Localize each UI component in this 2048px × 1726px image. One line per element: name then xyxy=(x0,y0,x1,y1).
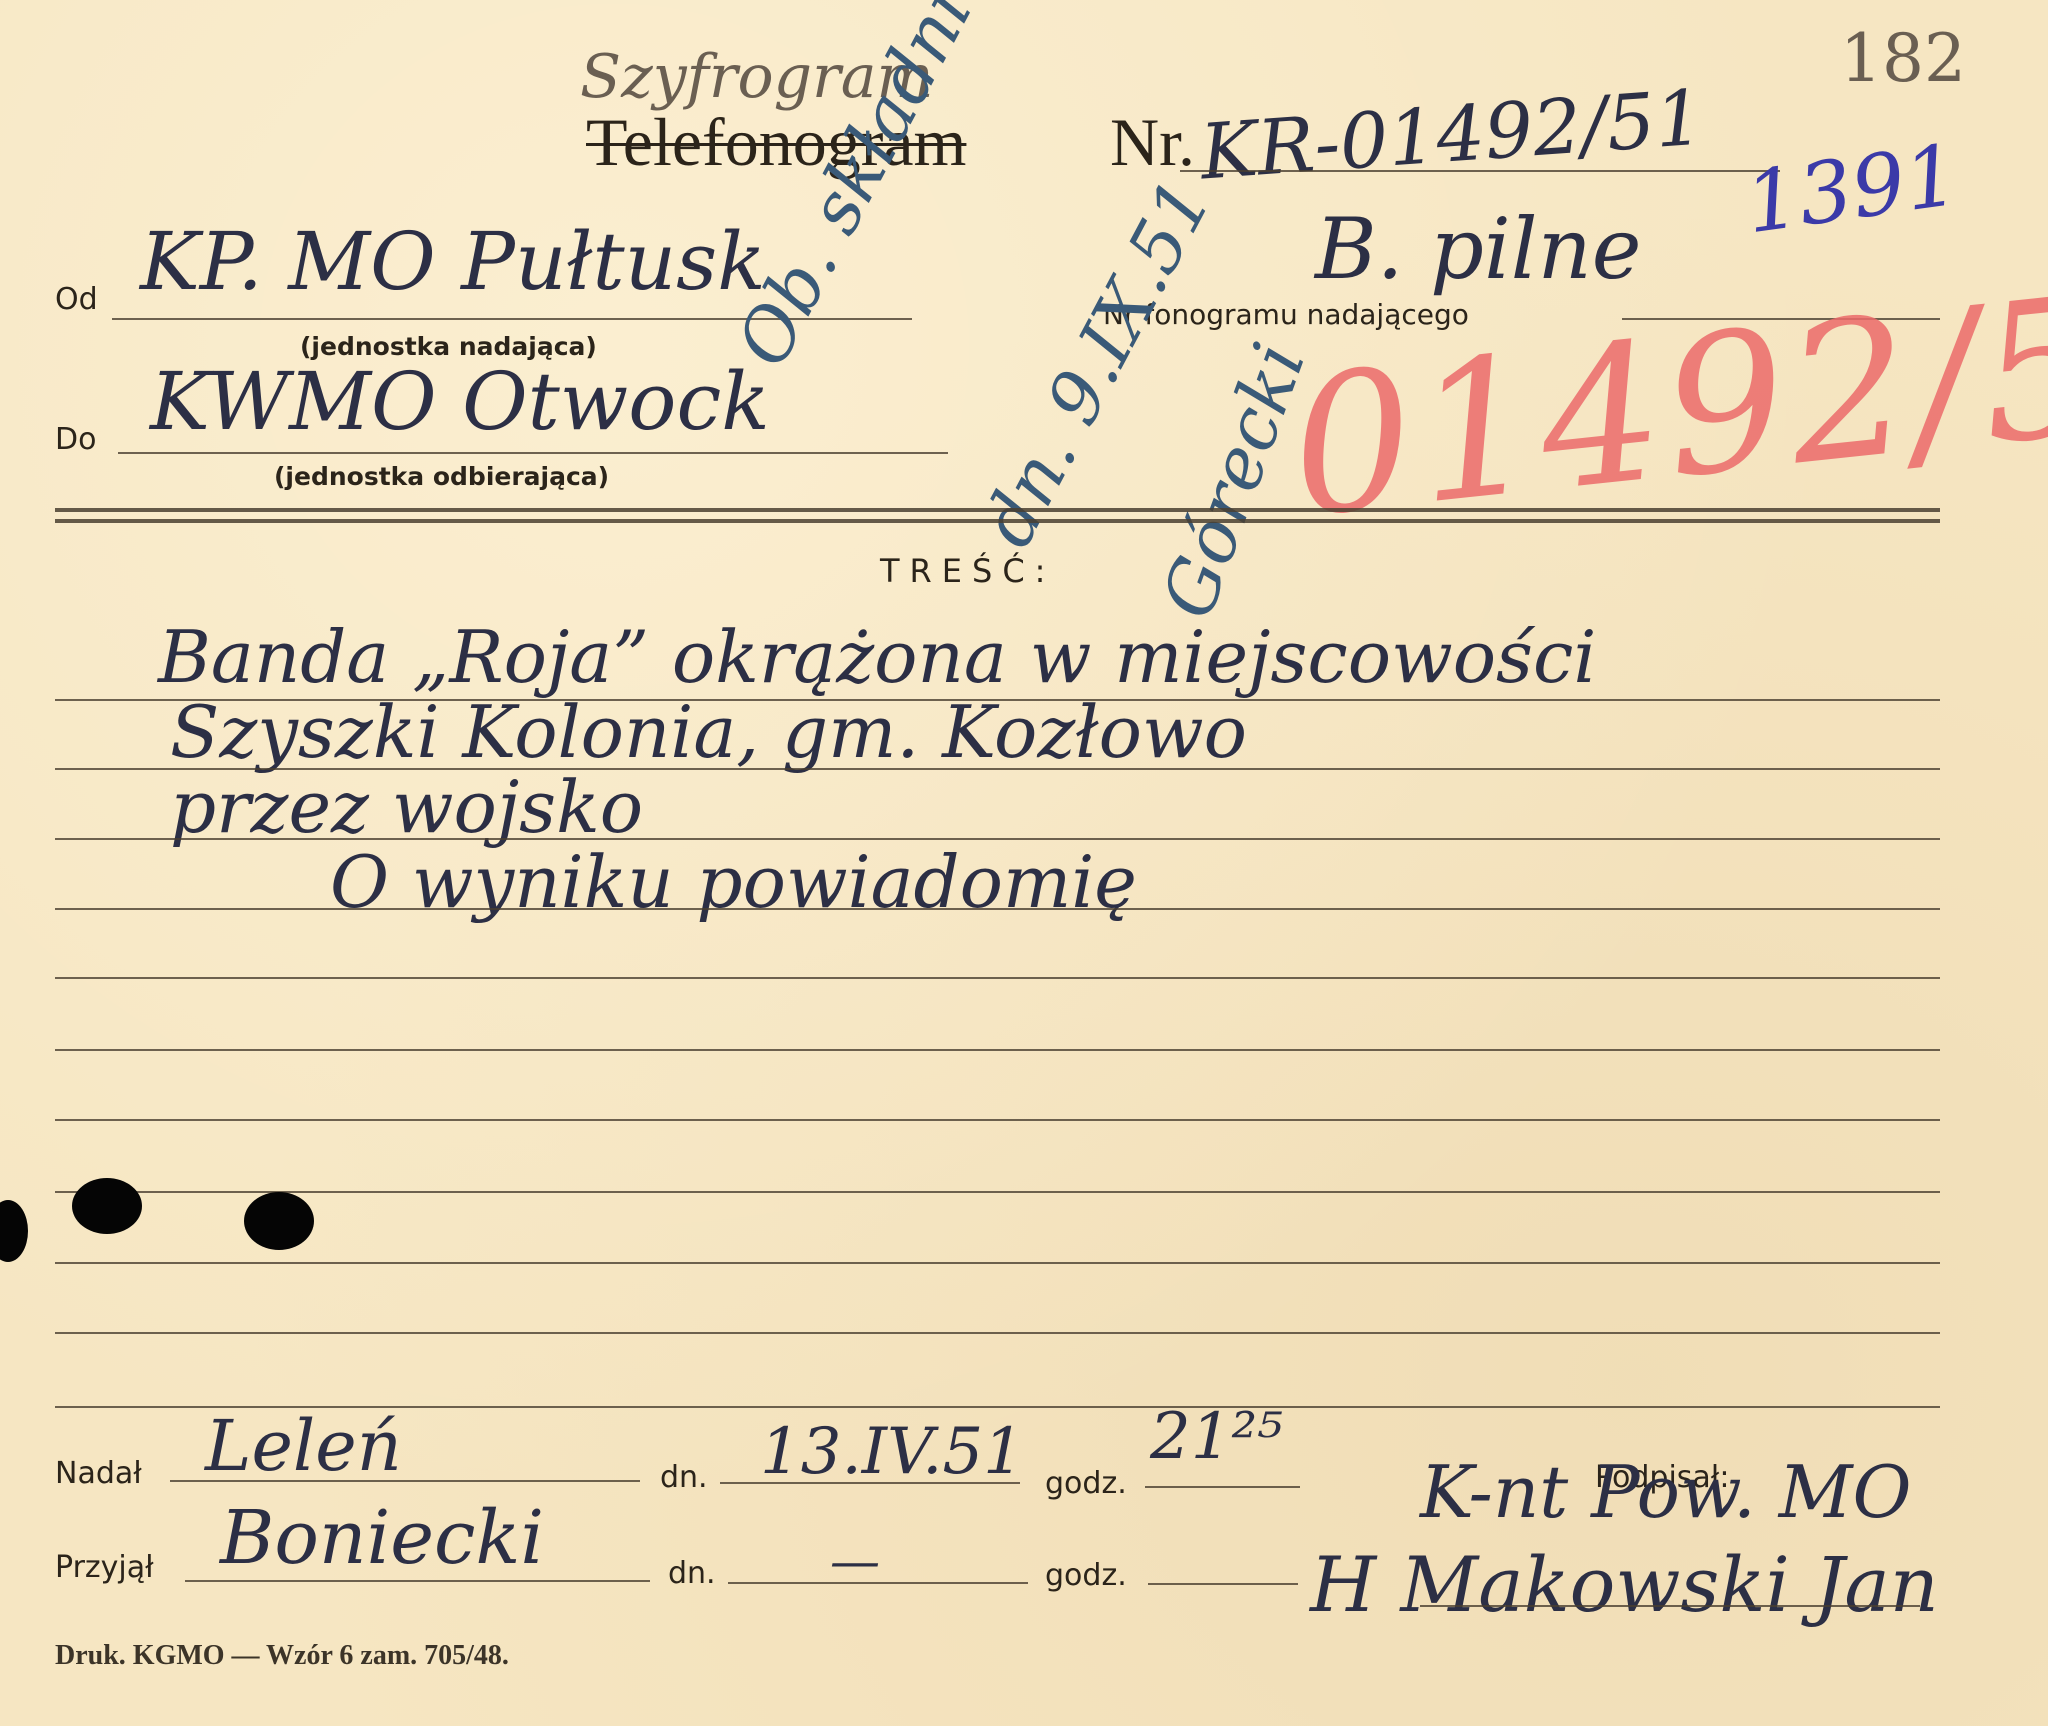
form-imprint: Druk. KGMO — Wzór 6 zam. 705/48. xyxy=(55,1640,509,1672)
sent-time-label: godz. xyxy=(1045,1466,1127,1501)
received-by-line xyxy=(185,1580,650,1582)
sent-date-line xyxy=(720,1482,1020,1484)
sent-by-line xyxy=(170,1480,640,1482)
content-rule xyxy=(55,1191,1940,1193)
archive-number-grey: 182 xyxy=(1840,20,1966,97)
received-date-label: dn. xyxy=(668,1556,716,1591)
sent-time-line xyxy=(1145,1486,1300,1488)
signed-line1: K-nt Pow. MO xyxy=(1420,1450,1912,1534)
content-rule xyxy=(55,1119,1940,1121)
content-rule xyxy=(55,977,1940,979)
received-time-label: godz. xyxy=(1045,1558,1127,1593)
content-line-4: O wyniku powiadomię xyxy=(330,840,1137,924)
double-rule-top xyxy=(55,508,1940,512)
content-rule xyxy=(55,838,1940,840)
to-line xyxy=(118,452,948,454)
from-label: Od xyxy=(55,282,98,317)
content-line-2: Szyszki Kolonia, gm. Kozłowo xyxy=(170,690,1247,774)
signed-line2: H Makowski Jan xyxy=(1310,1540,1939,1629)
content-rule xyxy=(55,1049,1940,1051)
to-value: KWMO Otwock xyxy=(150,355,770,448)
received-label: Przyjął xyxy=(55,1550,154,1585)
content-heading: TREŚĆ: xyxy=(880,552,1055,590)
sent-label: Nadał xyxy=(55,1456,142,1491)
sent-date-label: dn. xyxy=(660,1460,708,1495)
priority-value: B. pilne xyxy=(1315,200,1641,298)
content-rule xyxy=(55,768,1940,770)
content-line-1: Banda „Roja” okrążona w miejscowości xyxy=(158,615,1596,699)
to-label: Do xyxy=(55,422,96,457)
received-date-line xyxy=(728,1582,1028,1584)
sent-time: 21²⁵ xyxy=(1150,1400,1283,1474)
received-time-line xyxy=(1148,1583,1298,1585)
content-rule xyxy=(55,908,1940,910)
signature-line xyxy=(1420,1605,1920,1607)
double-rule-bottom xyxy=(55,519,1940,523)
content-rule xyxy=(55,699,1940,701)
sent-by: Leleń xyxy=(205,1405,402,1487)
to-caption: (jednostka odbierająca) xyxy=(274,462,609,491)
number-underline xyxy=(1180,170,1780,172)
content-line-3: przez wojsko xyxy=(170,765,643,849)
received-by: Boniecki xyxy=(220,1495,544,1581)
sent-date: 13.IV.51 xyxy=(760,1415,1024,1489)
content-rule xyxy=(55,1262,1940,1264)
from-value: KP. MO Pułtusk xyxy=(140,215,766,308)
punch-hole xyxy=(72,1178,142,1234)
punch-hole xyxy=(244,1192,314,1250)
content-rule xyxy=(55,1332,1940,1334)
